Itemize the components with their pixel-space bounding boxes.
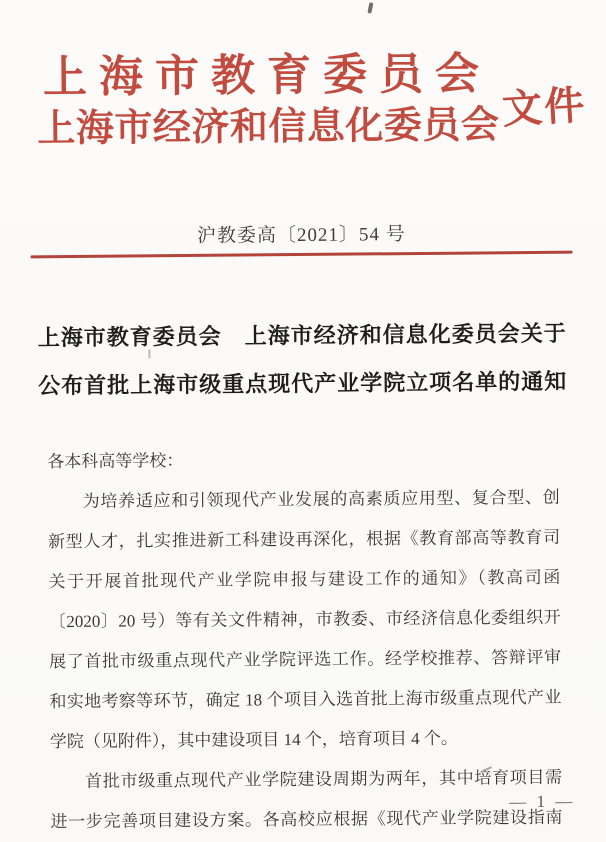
body-line: 首批市级重点现代产业学院建设周期为两年，其中培育项目需	[50, 758, 562, 802]
body-line: 学院（见附件），其中建设项目 14 个，培育项目 4 个。	[50, 718, 562, 762]
body-line: 〔2020〕20 号）等有关文件精神，市教委、市经济信息化委组织开	[49, 598, 561, 642]
document-title: 上海市教育委员会 上海市经济和信息化委员会关于 公布首批上海市级重点现代产业学院…	[29, 310, 576, 411]
red-divider-line	[31, 251, 573, 259]
agency-name-line2: 上海市经济和信息化委员会	[37, 105, 499, 151]
agency-name-line1: 上海市教育委员会	[43, 50, 491, 102]
document-page: 上海市教育委员会 上海市经济和信息化委员会 文件 沪教委高〔2021〕54 号 …	[0, 0, 606, 842]
scan-skew-wrapper: 上海市教育委员会 上海市经济和信息化委员会 文件 沪教委高〔2021〕54 号 …	[0, 0, 606, 842]
body-line: 新型人才，扎实推进新工科建设再深化，根据《教育部高等教育司	[48, 518, 560, 562]
page-number: — 1 —	[509, 792, 575, 813]
letterhead: 上海市教育委员会 上海市经济和信息化委员会 文件	[0, 0, 602, 3]
document-body: 各本科高等学校： 为培养适应和引领现代产业发展的高素质应用型、复合型、创 新型人…	[47, 438, 562, 842]
title-line2: 公布首批上海市级重点现代产业学院立项名单的通知	[29, 358, 575, 411]
body-line: 和实地考察等环节，确定 18 个项目入选首批上海市级重点现代产业	[49, 678, 561, 722]
doc-type-label: 文件	[501, 83, 588, 132]
body-line: 展了首批市级重点现代产业学院评选工作。经学校推荐、答辩评审	[49, 638, 561, 682]
title-line1: 上海市教育委员会 上海市经济和信息化委员会关于	[29, 310, 575, 363]
body-line: 进一步完善项目建设方案。各高校应根据《现代产业学院建设指南	[50, 798, 562, 842]
scan-artifact	[367, 2, 373, 14]
document-number: 沪教委高〔2021〕54 号	[0, 217, 604, 249]
salutation: 各本科高等学校：	[47, 438, 559, 482]
body-line: 为培养适应和引领现代产业发展的高素质应用型、复合型、创	[48, 478, 560, 522]
scan-artifact	[148, 349, 150, 358]
body-line: 关于开展首批现代产业学院申报与建设工作的通知》（教高司函	[48, 558, 560, 602]
